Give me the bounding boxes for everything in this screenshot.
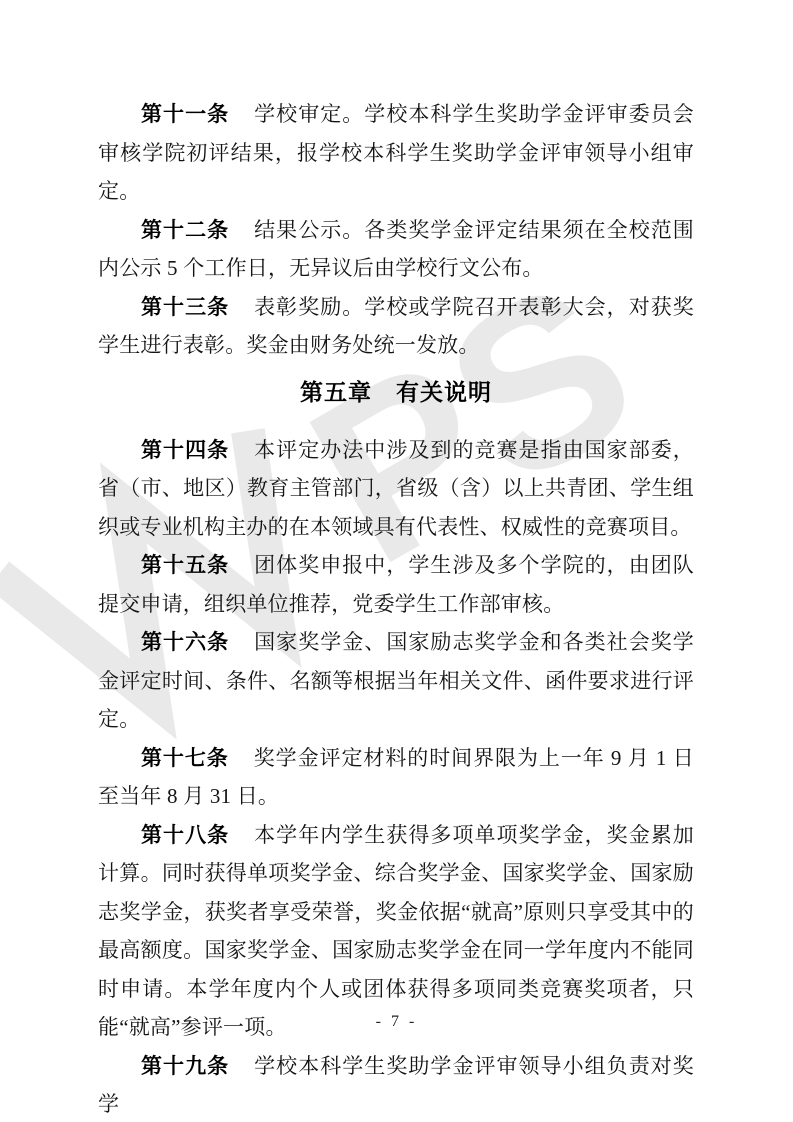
article-paragraph-19: 第十九条学校本科学生奖助学金评审领导小组负责对奖学 bbox=[98, 1047, 694, 1122]
article-paragraph-13: 第十三条表彰奖励。学校或学院召开表彰大会，对获奖学生进行表彰。奖金由财务处统一发… bbox=[98, 288, 694, 365]
article-paragraph-15: 第十五条团体奖申报中，学生涉及多个学院的，由团队提交申请，组织单位推荐，党委学生… bbox=[98, 546, 694, 623]
chapter-heading: 第五章 有关说明 bbox=[98, 373, 694, 411]
article-number: 第十九条 bbox=[141, 1054, 229, 1078]
article-number: 第十一条 bbox=[141, 102, 229, 126]
article-paragraph-14: 第十四条本评定办法中涉及到的竞赛是指由国家部委，省（市、地区）教育主管部门，省级… bbox=[98, 431, 694, 547]
article-number: 第十七条 bbox=[141, 746, 229, 770]
article-number: 第十四条 bbox=[141, 438, 229, 462]
article-number: 第十三条 bbox=[141, 295, 229, 319]
article-number: 第十五条 bbox=[141, 553, 229, 577]
article-text: 本学年内学生获得多项单项奖学金，奖金累加计算。同时获得单项奖学金、综合奖学金、国… bbox=[98, 823, 694, 1040]
article-paragraph-12: 第十二条结果公示。各类奖学金评定结果须在全校范围内公示 5 个工作日，无异议后由… bbox=[98, 211, 694, 288]
article-paragraph-16: 第十六条国家奖学金、国家励志奖学金和各类社会奖学金评定时间、条件、名额等根据当年… bbox=[98, 623, 694, 739]
article-paragraph-17: 第十七条奖学金评定材料的时间界限为上一年 9 月 1 日至当年 8 月 31 日… bbox=[98, 739, 694, 816]
document-body: 第十一条学校审定。学校本科学生奖助学金评审委员会审核学院初评结果，报学校本科学生… bbox=[98, 95, 694, 1122]
document-page: PS 第十一条学校审定。学校本科学生奖助学金评审委员会审核学院初评结果，报学校本… bbox=[0, 0, 793, 1122]
article-number: 第十八条 bbox=[141, 823, 229, 847]
article-paragraph-11: 第十一条学校审定。学校本科学生奖助学金评审委员会审核学院初评结果，报学校本科学生… bbox=[98, 95, 694, 211]
article-number: 第十六条 bbox=[141, 630, 229, 654]
article-number: 第十二条 bbox=[141, 218, 229, 242]
page-number: - 7 - bbox=[0, 1012, 793, 1032]
